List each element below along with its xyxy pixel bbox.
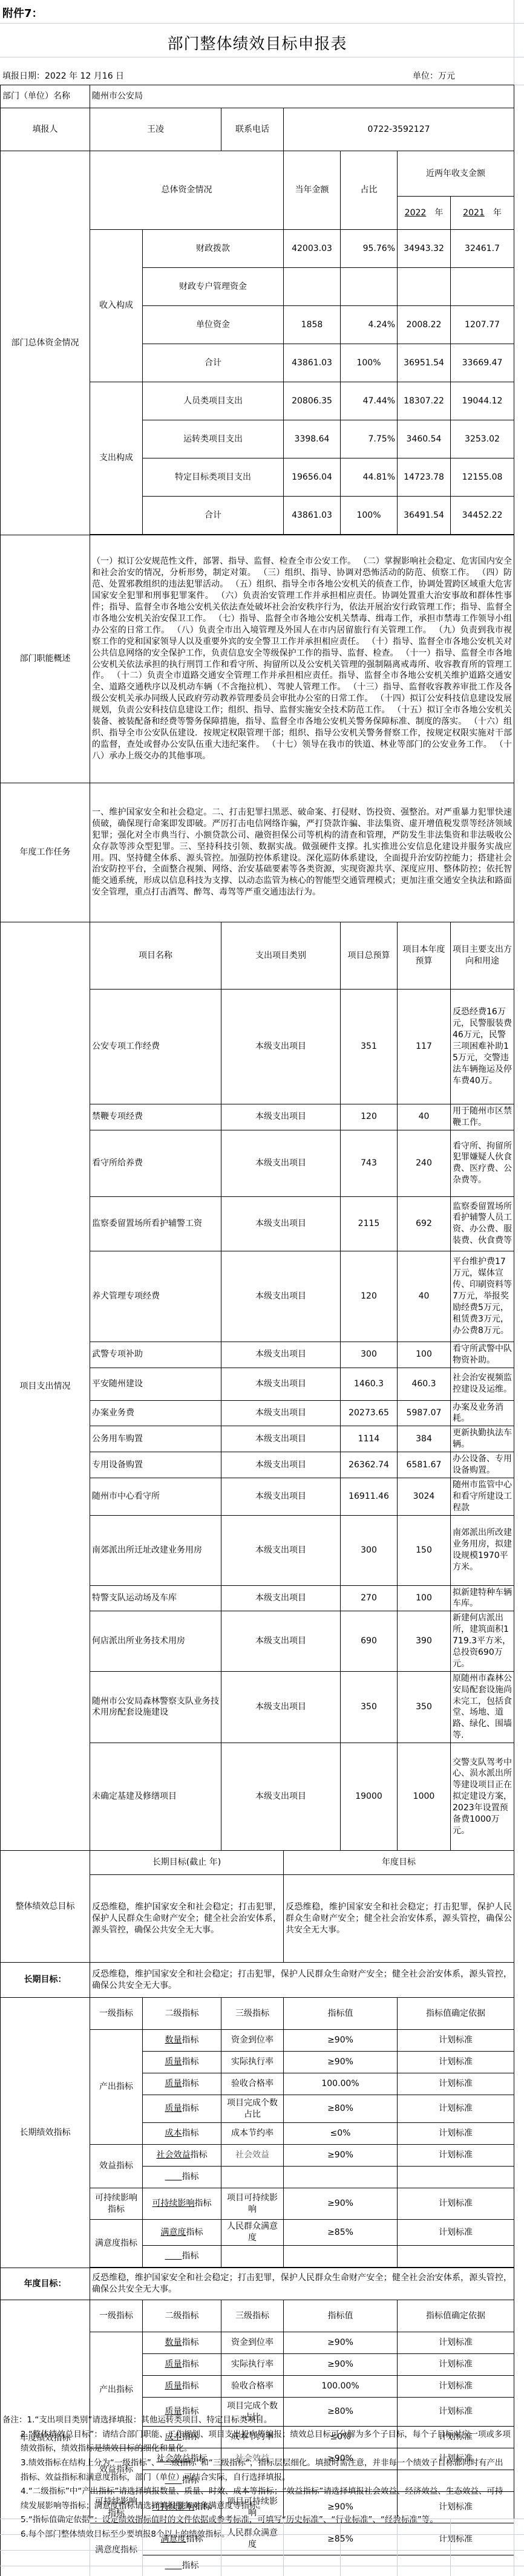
income-name: 合计 xyxy=(143,344,284,382)
project-category[interactable]: 本级支出项目 xyxy=(221,1251,341,1342)
project-total[interactable]: 743 xyxy=(341,1130,398,1196)
project-total-header: 项目总预算 xyxy=(341,922,398,990)
l2-header: 二级指标 xyxy=(143,2300,221,2332)
income-2021[interactable]: 32461.7 xyxy=(451,230,514,268)
expense-name: 合计 xyxy=(143,497,284,535)
income-name: 财政专户管理资金 xyxy=(143,268,284,306)
l3-indicator[interactable] xyxy=(221,2167,284,2188)
indicator-basis[interactable]: 计划标准 xyxy=(398,2095,514,2123)
project-category[interactable]: 本级支出项目 xyxy=(221,1611,341,1671)
project-annual[interactable]: 100 xyxy=(398,1585,451,1611)
project-purpose[interactable]: 反恐经费16万元，民警服装费46万元，民警三项困难补助15万元，交警违法车辆拖运… xyxy=(451,990,514,1104)
project-total[interactable]: 20273.65 xyxy=(341,1400,398,1426)
income-current[interactable]: 42003.03 xyxy=(284,230,341,268)
project-name[interactable]: 特警支队运动场及车库 xyxy=(90,1585,221,1611)
annual-tasks-text[interactable]: 一、维护国家安全和社会稳定。二、打击犯罪扫黑恶、破命案、打侵财、饬投资、强整治。… xyxy=(90,783,514,922)
expense-2022[interactable]: 3460.54 xyxy=(398,420,451,458)
project-name[interactable]: 办案业务费 xyxy=(90,1400,221,1426)
project-name[interactable]: 武警专项补助 xyxy=(90,1342,221,1368)
indicator-value[interactable]: ≥90% xyxy=(284,2145,398,2167)
l1-header: 一级指标 xyxy=(90,1998,143,2030)
l2-indicator[interactable]: 数量指标 xyxy=(143,2030,221,2052)
indicator-value[interactable]: ≤0% xyxy=(284,2123,398,2145)
project-purpose[interactable]: 看守所、拘留所犯罪嫌疑人伙食费、医疗费、公杂费等。 xyxy=(451,1130,514,1196)
expense-ratio[interactable]: 7.75% xyxy=(341,420,398,458)
project-annual[interactable]: 6581.67 xyxy=(398,1452,451,1478)
l3-indicator[interactable]: 项目可持续影响 xyxy=(221,2188,284,2220)
ratio-header: 占比 xyxy=(341,151,398,230)
benefit-indicator-label: 效益指标 xyxy=(90,2145,143,2188)
annual-label: 年度目标： xyxy=(1,2268,90,2300)
note-item: 备注：1.“支出项目类别”请选择填报：其他运转类项目、特定目标类项目。 xyxy=(2,2413,511,2428)
indicator-value[interactable] xyxy=(284,2167,398,2188)
income-name: 财政拨款 xyxy=(143,230,284,268)
project-purpose[interactable]: 社会治安视频监控建设及运维。 xyxy=(451,1368,514,1400)
year-2022-header: 2022 年 xyxy=(398,197,451,230)
dept-name-row: 部门（单位）名称 随州市公安局 xyxy=(1,85,514,108)
l3-indicator[interactable]: 成本节约率 xyxy=(221,2123,284,2145)
income-2021[interactable] xyxy=(451,268,514,306)
project-annual[interactable]: 40 xyxy=(398,1104,451,1130)
expense-2022[interactable]: 14723.78 xyxy=(398,458,451,497)
indicator-value[interactable]: ≥80% xyxy=(284,2095,398,2123)
project-name[interactable]: 随州市中心看守所 xyxy=(90,1478,221,1515)
indicator-value[interactable]: 100.00% xyxy=(284,2073,398,2095)
l2-indicator[interactable]: 成本指标 xyxy=(143,2123,221,2145)
project-name[interactable]: 随州市公安局森林警察支队业务技术用房配套设施建设 xyxy=(90,1671,221,1743)
basis-header: 指标值确定依据 xyxy=(398,2300,514,2332)
indicator-basis[interactable] xyxy=(398,2167,514,2188)
project-total[interactable]: 300 xyxy=(341,1342,398,1368)
indicator-basis[interactable]: 计划标准 xyxy=(398,2073,514,2095)
indicator-basis[interactable]: 计划标准 xyxy=(398,2052,514,2073)
funds-section-label: 部门总体资金情况 xyxy=(1,151,90,535)
project-annual-header: 项目本年度预算 xyxy=(398,922,451,990)
expense-current[interactable]: 19656.04 xyxy=(284,458,341,497)
project-category[interactable]: 本级支出项目 xyxy=(221,1400,341,1426)
l1-header: 一级指标 xyxy=(90,2300,143,2332)
project-annual[interactable]: 460.3 xyxy=(398,1368,451,1400)
project-purpose-header: 项目主要支出方向和用途 xyxy=(451,922,514,990)
l2-indicator[interactable]: 质量指标 xyxy=(143,2052,221,2073)
l3-indicator[interactable]: 资金到位率 xyxy=(221,2332,284,2354)
indicator-value[interactable]: ≥90% xyxy=(284,2030,398,2052)
l3-header: 三级指标 xyxy=(221,1998,284,2030)
annual-goal-text[interactable]: 反恐维稳，维护国家安全和社会稳定；打击犯罪，保护人民群众生命财产安全；健全社会治… xyxy=(284,1875,514,1963)
project-purpose[interactable]: 办公设备、专用设备购置。 xyxy=(451,1452,514,1478)
indicator-basis[interactable]: 计划标准 xyxy=(398,2332,514,2354)
income-ratio[interactable]: 4.24% xyxy=(341,306,398,344)
phone-label: 联系电话 xyxy=(221,108,284,151)
l3-indicator[interactable]: 实际执行率 xyxy=(221,2052,284,2073)
project-category[interactable]: 本级支出项目 xyxy=(221,1104,341,1130)
project-name[interactable]: 未确定基建及修缮项目 xyxy=(90,1743,221,1851)
dept-name-value[interactable]: 随州市公安局 xyxy=(90,85,514,108)
project-total[interactable]: 120 xyxy=(341,1251,398,1342)
output-indicator-label: 产出指标 xyxy=(90,2030,143,2145)
project-name[interactable]: 公务用车购置 xyxy=(90,1426,221,1452)
project-total[interactable]: 19000 xyxy=(341,1743,398,1851)
project-annual[interactable]: 150 xyxy=(398,1515,451,1585)
expense-ratio[interactable]: 44.81% xyxy=(341,458,398,497)
l3-indicator[interactable]: 验收合格率 xyxy=(221,2073,284,2095)
indicator-value[interactable]: ≥90% xyxy=(284,2188,398,2220)
project-annual[interactable]: 3024 xyxy=(398,1478,451,1515)
indicator-basis[interactable]: 计划标准 xyxy=(398,2188,514,2220)
project-annual[interactable]: 384 xyxy=(398,1426,451,1452)
annual-tasks-row: 年度工作任务 一、维护国家安全和社会稳定。二、打击犯罪扫黑恶、破命案、打侵财、饬… xyxy=(1,783,514,922)
indicator-basis[interactable]: 计划标准 xyxy=(398,2220,514,2246)
project-total[interactable]: 1460.3 xyxy=(341,1368,398,1400)
project-category[interactable]: 本级支出项目 xyxy=(221,1368,341,1400)
project-name[interactable]: 公安专项工作经费 xyxy=(90,990,221,1104)
project-total[interactable]: 16911.46 xyxy=(341,1478,398,1515)
gridline xyxy=(221,2519,221,2576)
project-name[interactable]: 看守所给养费 xyxy=(90,1130,221,1196)
project-category[interactable]: 本级支出项目 xyxy=(221,1743,341,1851)
dept-name-label: 部门（单位）名称 xyxy=(1,85,90,108)
expense-name: 人员类项目支出 xyxy=(143,382,284,420)
annual-indicator-header-row: 年度绩效指标 一级指标 二级指标 三级指标 指标值 指标值确定依据 xyxy=(1,2300,514,2332)
fill-date: 填报日期：2022 年 12 月16 日 xyxy=(2,70,124,82)
annual-text[interactable]: 反恐维稳，维护国家安全和社会稳定；打击犯罪，保护人民群众生命财产安全；健全社会治… xyxy=(90,2268,514,2300)
indicator-basis[interactable]: 计划标准 xyxy=(398,2123,514,2145)
annex-label: 附件7： xyxy=(2,5,43,21)
reporter-value[interactable]: 王凌 xyxy=(90,108,221,151)
current-amount-header: 当年金额 xyxy=(284,151,341,230)
project-category[interactable]: 本级支出项目 xyxy=(221,1515,341,1585)
gridline xyxy=(283,2519,284,2576)
project-name-header: 项目名称 xyxy=(90,922,221,990)
project-annual[interactable]: 350 xyxy=(398,1671,451,1743)
indicator-basis[interactable]: 计划标准 xyxy=(398,2145,514,2167)
income-2021[interactable]: 33669.47 xyxy=(451,344,514,382)
project-annual[interactable]: 1000 xyxy=(398,1743,451,1851)
reporter-row: 填报人 王凌 联系电话 0722-3592127 xyxy=(1,108,514,151)
project-total[interactable]: 351 xyxy=(341,990,398,1104)
l2-header: 二级指标 xyxy=(143,1998,221,2030)
indicator-basis[interactable]: 计划标准 xyxy=(398,2030,514,2052)
projects-header-row: 项目支出情况 项目名称 支出项目类别 项目总预算 项目本年度预算 项目主要支出方… xyxy=(1,922,514,990)
project-category-header: 支出项目类别 xyxy=(221,922,341,990)
overall-goal-header-row: 整体绩效总目标 长期目标(截止 年) 年度目标 xyxy=(1,1851,514,1875)
project-total[interactable]: 1114 xyxy=(341,1426,398,1452)
project-purpose[interactable]: 新建何店派出所，建筑面积1719.3平方米，总投资690万元。 xyxy=(451,1611,514,1671)
project-annual[interactable]: 40 xyxy=(398,1251,451,1342)
annual-goal-row: 年度目标： 反恐维稳，维护国家安全和社会稳定；打击犯罪，保护人民群众生命财产安全… xyxy=(1,2268,514,2300)
income-current[interactable] xyxy=(284,268,341,306)
project-annual[interactable]: 100 xyxy=(398,1342,451,1368)
phone-value[interactable]: 0722-3592127 xyxy=(284,108,514,151)
l3-header: 三级指标 xyxy=(221,2300,284,2332)
project-category[interactable]: 本级支出项目 xyxy=(221,1426,341,1452)
functions-row: 部门职能概述 （一）拟订公安规范性文件，部署、指导、监督、检查全市公安工作。 （… xyxy=(1,535,514,783)
overall-goal-label: 整体绩效总目标 xyxy=(1,1851,90,1963)
project-total[interactable]: 350 xyxy=(341,1671,398,1743)
long-term-goal-text[interactable]: 反恐维稳，维护国家安全和社会稳定；打击犯罪，保护人民群众生命财产安全；健全社会治… xyxy=(90,1875,284,1963)
expense-ratio[interactable]: 47.44% xyxy=(341,382,398,420)
project-annual[interactable]: 117 xyxy=(398,990,451,1104)
indicator-value[interactable]: ≥90% xyxy=(284,2052,398,2073)
indicator-basis[interactable]: 计划标准 xyxy=(398,2376,514,2398)
project-purpose[interactable]: 拟新建特种车辆车库。 xyxy=(451,1585,514,1611)
long-term-text[interactable]: 反恐维稳，维护国家安全和社会稳定；打击犯罪，保护人民群众生命财产安全；健全社会治… xyxy=(90,1963,514,1998)
project-purpose[interactable]: 原随州市森林公安局配套设施尚未完工，包括食堂、场地、道路、绿化、围墙等. xyxy=(451,1671,514,1743)
income-label: 收入构成 xyxy=(90,230,143,382)
project-category[interactable]: 本级支出项目 xyxy=(221,1130,341,1196)
annual-goal-header: 年度目标 xyxy=(284,1851,514,1875)
gridline xyxy=(90,2519,90,2576)
expense-current[interactable]: 3398.64 xyxy=(284,420,341,458)
project-name[interactable]: 南郊派出所迁址改建业务用房 xyxy=(90,1515,221,1585)
project-purpose[interactable]: 监察委留置场所看护辅警人员工资、办公费、服装费、伙食费等 xyxy=(451,1196,514,1251)
expense-name: 特定目标类项目支出 xyxy=(143,458,284,497)
project-category[interactable]: 本级支出项目 xyxy=(221,1196,341,1251)
sustain-indicator-label: 可持续影响指标 xyxy=(90,2188,143,2220)
income-2022[interactable] xyxy=(398,268,451,306)
value-header: 指标值 xyxy=(284,2300,398,2332)
project-annual[interactable]: 692 xyxy=(398,1196,451,1251)
gridline xyxy=(397,2519,398,2576)
project-annual[interactable]: 5987.07 xyxy=(398,1400,451,1426)
gridline xyxy=(514,2519,514,2576)
expense-2021[interactable]: 34452.22 xyxy=(451,497,514,535)
project-purpose[interactable]: 看守所武警中队物资补助。 xyxy=(451,1342,514,1368)
l2-indicator[interactable]: 质量指标 xyxy=(143,2073,221,2095)
indicator-value[interactable]: ≥90% xyxy=(284,2332,398,2354)
project-purpose[interactable]: 用于随州市区禁鞭工作。 xyxy=(451,1104,514,1130)
project-total[interactable]: 270 xyxy=(341,1585,398,1611)
funds-header-row-1: 部门总体资金情况 总体资金情况 当年金额 占比 近两年收支金额 xyxy=(1,151,514,197)
page-title: 部门整体绩效目标申报表 xyxy=(0,31,514,54)
l2-indicator[interactable]: 质量指标 xyxy=(143,2376,221,2398)
income-current[interactable]: 43861.03 xyxy=(284,344,341,382)
project-name[interactable]: 专用设备购置 xyxy=(90,1452,221,1478)
project-purpose[interactable]: 南郊派出所改建业务用房，拟建设规模1970平方米。 xyxy=(451,1515,514,1585)
satisfaction-indicator-label: 满意度指标 xyxy=(90,2220,143,2268)
expense-ratio[interactable]: 100% xyxy=(341,497,398,535)
gridline xyxy=(340,2519,341,2576)
indicator-value[interactable]: 100.00% xyxy=(284,2376,398,2398)
year-2021-header: 2021 年 xyxy=(451,197,514,230)
project-purpose[interactable]: 更新执勤执法车辆。 xyxy=(451,1426,514,1452)
income-ratio[interactable] xyxy=(341,268,398,306)
expense-2021[interactable]: 12155.08 xyxy=(451,458,514,497)
l3-indicator[interactable]: 项目完成个数占比 xyxy=(221,2095,284,2123)
long-term-goal-row: 长期目标： 反恐维稳，维护国家安全和社会稳定；打击犯罪，保护人民群众生命财产安全… xyxy=(1,1963,514,1998)
l3-indicator[interactable]: 社会效益 xyxy=(221,2145,284,2167)
recent-years-header: 近两年收支金额 xyxy=(398,151,514,197)
value-header: 指标值 xyxy=(284,1998,398,2030)
project-purpose[interactable]: 随州市监管中心和看守所建设工程款 xyxy=(451,1478,514,1515)
note-item: 2.“整体绩效总目标”：请结合部门职能、工作规划、项目支出投向等编报；绩效总目标… xyxy=(2,2428,511,2456)
expense-2022[interactable]: 18307.22 xyxy=(398,382,451,420)
functions-label: 部门职能概述 xyxy=(1,535,90,783)
overall-funds-header: 总体资金情况 xyxy=(90,151,284,230)
reporter-label: 填报人 xyxy=(1,108,90,151)
project-total[interactable]: 26362.74 xyxy=(341,1452,398,1478)
project-purpose[interactable]: 交警支队驾考中心、涢水派出所等建设项目正在拟定建设方案，2023年设置预备费10… xyxy=(451,1743,514,1851)
note-item: 4.“二级指标”中“产出指标”请选择填报数量、质量、时效、成本等指标；“效益指标… xyxy=(2,2485,511,2513)
l2-indicator[interactable]: 质量指标 xyxy=(143,2354,221,2376)
project-category[interactable]: 本级支出项目 xyxy=(221,990,341,1104)
expense-current[interactable]: 20806.35 xyxy=(284,382,341,420)
income-2021[interactable]: 1207.77 xyxy=(451,306,514,344)
annual-tasks-label: 年度工作任务 xyxy=(1,783,90,922)
income-2022[interactable]: 34943.32 xyxy=(398,230,451,268)
income-ratio[interactable]: 95.76% xyxy=(341,230,398,268)
project-total[interactable]: 690 xyxy=(341,1611,398,1671)
expense-2021[interactable]: 3253.02 xyxy=(451,420,514,458)
project-total[interactable]: 120 xyxy=(341,1104,398,1130)
project-total[interactable]: 2115 xyxy=(341,1196,398,1251)
expense-2022[interactable]: 36491.54 xyxy=(398,497,451,535)
empty-grid xyxy=(0,2519,524,2576)
project-name[interactable]: 养犬管理专项经费 xyxy=(90,1251,221,1342)
l3-indicator[interactable]: 实际执行率 xyxy=(221,2354,284,2376)
project-name[interactable]: 监察委留置场所看护辅警工资 xyxy=(90,1196,221,1251)
indicator-basis[interactable] xyxy=(398,2246,514,2268)
l2-indicator[interactable]: 指标 xyxy=(143,2167,221,2188)
project-name[interactable]: 何店派出所业务技术用房 xyxy=(90,1611,221,1671)
l3-indicator[interactable]: 验收合格率 xyxy=(221,2376,284,2398)
indicator-value[interactable] xyxy=(284,2246,398,2268)
project-name[interactable]: 平安随州建设 xyxy=(90,1368,221,1400)
expense-label: 支出构成 xyxy=(90,382,143,535)
project-name[interactable]: 禁鞭专项经费 xyxy=(90,1104,221,1130)
functions-text[interactable]: （一）拟订公安规范性文件，部署、指导、监督、检查全市公安工作。 （二）掌握影响社… xyxy=(90,535,514,783)
unit-label: 单位：万元 xyxy=(413,70,455,82)
project-purpose[interactable]: 平台维护费17万元，媒体宣传、印刷资料等7万元，举报奖励经费5万元，租赁费3万元… xyxy=(451,1251,514,1342)
l3-indicator[interactable]: 资金到位率 xyxy=(221,2030,284,2052)
indicator-basis[interactable]: 计划标准 xyxy=(398,2354,514,2376)
project-category[interactable]: 本级支出项目 xyxy=(221,1585,341,1611)
project-total[interactable]: 300 xyxy=(341,1515,398,1585)
l2-indicator[interactable]: 可持续影响指标 xyxy=(143,2188,221,2220)
l2-indicator[interactable]: 满意度指标 xyxy=(143,2220,221,2246)
project-purpose[interactable]: 办案及业务消耗。 xyxy=(451,1400,514,1426)
long-indicator-header-row: 长期绩效指标 一级指标 二级指标 三级指标 指标值 指标值确定依据 xyxy=(1,1998,514,2030)
gridline xyxy=(450,2519,451,2576)
l2-indicator[interactable]: 社会效益指标 xyxy=(143,2145,221,2167)
l2-indicator[interactable]: 数量指标 xyxy=(143,2332,221,2354)
income-ratio[interactable]: 100% xyxy=(341,344,398,382)
project-annual[interactable]: 240 xyxy=(398,1130,451,1196)
long-indicators-label: 长期绩效指标 xyxy=(1,1998,90,2268)
performance-form-table: 部门（单位）名称 随州市公安局 填报人 王凌 联系电话 0722-3592127… xyxy=(0,85,514,2576)
project-category[interactable]: 本级支出项目 xyxy=(221,1452,341,1478)
indicator-value[interactable]: ≥85% xyxy=(284,2220,398,2246)
expense-current[interactable]: 43861.03 xyxy=(284,497,341,535)
income-name: 单位资金 xyxy=(143,306,284,344)
income-current[interactable]: 1858 xyxy=(284,306,341,344)
gridline xyxy=(142,2519,143,2576)
expense-name: 运转类项目支出 xyxy=(143,420,284,458)
income-2022[interactable]: 2008.22 xyxy=(398,306,451,344)
gridline xyxy=(0,23,524,24)
project-category[interactable]: 本级支出项目 xyxy=(221,1342,341,1368)
indicator-value[interactable]: ≥90% xyxy=(284,2354,398,2376)
note-item: 3.绩效指标在结构上分为“一级指标”、“二级指标”和“三级指标”，指标层层细化。… xyxy=(2,2456,511,2485)
long-term-header: 长期目标(截止 年) xyxy=(90,1851,284,1875)
projects-label: 项目支出情况 xyxy=(1,922,90,1851)
spreadsheet-page: 附件7： 部门整体绩效目标申报表 填报日期：2022 年 12 月16 日 单位… xyxy=(0,0,524,2576)
l2-indicator[interactable]: 质量指标 xyxy=(143,2095,221,2123)
gridline xyxy=(0,57,524,57)
project-category[interactable]: 本级支出项目 xyxy=(221,1478,341,1515)
l3-indicator[interactable]: 人民群众满意度 xyxy=(221,2220,284,2246)
basis-header: 指标值确定依据 xyxy=(398,1998,514,2030)
l2-indicator[interactable]: 指标 xyxy=(143,2246,221,2268)
l3-indicator[interactable] xyxy=(221,2246,284,2268)
long-term-label: 长期目标： xyxy=(1,1963,90,1998)
project-category[interactable]: 本级支出项目 xyxy=(221,1671,341,1743)
project-annual[interactable]: 390 xyxy=(398,1611,451,1671)
expense-2021[interactable]: 19044.12 xyxy=(451,382,514,420)
income-2022[interactable]: 36951.54 xyxy=(398,344,451,382)
